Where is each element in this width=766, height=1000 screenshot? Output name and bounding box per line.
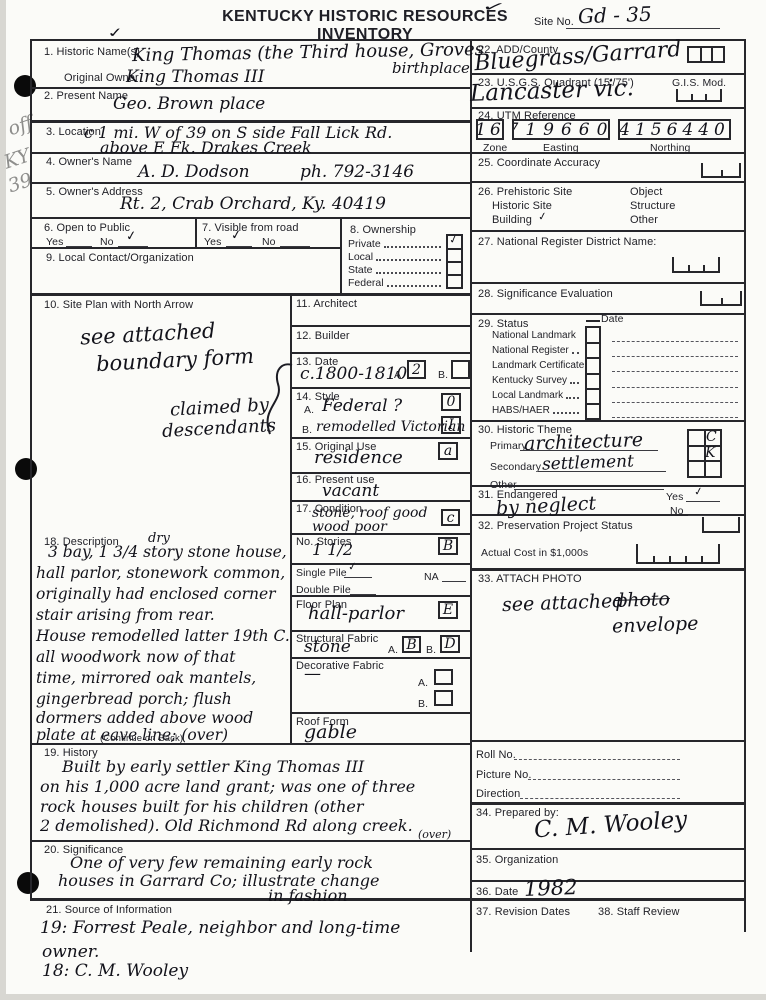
original-owner-value: King Thomas III <box>126 67 264 87</box>
box-tick <box>685 556 687 562</box>
form-line <box>290 325 470 327</box>
status-date-line <box>612 392 738 403</box>
answer-line <box>528 769 680 780</box>
site-no-line <box>566 12 720 29</box>
answer-line <box>688 505 720 516</box>
date-box-b <box>451 360 470 379</box>
dotted-leader <box>384 238 441 248</box>
description-line: originally had enclosed corner <box>36 585 276 603</box>
a-label: A. <box>388 644 398 656</box>
status-date-line <box>612 346 738 357</box>
status-item-label: Landmark Certificate <box>492 360 584 371</box>
form-line <box>290 352 470 354</box>
box-tick <box>669 556 671 562</box>
structural-fabric-box-b: D <box>440 635 460 653</box>
roof-form-value: gable <box>304 721 357 743</box>
history-line: on his 1,000 acre land grant; was one of… <box>40 777 415 796</box>
form-line <box>470 181 744 183</box>
no-label: No <box>100 236 114 248</box>
ownership-option: Private <box>348 238 444 250</box>
style-box-b: I <box>441 416 461 434</box>
answer-line <box>350 584 376 595</box>
decorative-fabric-box-a <box>434 669 453 685</box>
status-date-line <box>612 407 738 418</box>
ownership-option-label: Federal <box>348 277 384 289</box>
decorative-fabric-value: — <box>304 664 321 684</box>
owner-name-label: 4. Owner's Name <box>46 156 132 168</box>
actual-cost-label: Actual Cost in $1,000s <box>481 547 588 559</box>
owner-phone-value: ph. 792-3146 <box>300 162 414 182</box>
description-line: dormers added above wood <box>36 709 253 727</box>
status-item: Local Landmark <box>492 389 582 401</box>
present-use-value: vacant <box>322 481 379 501</box>
actual-cost-box <box>636 544 720 564</box>
form-line <box>470 39 472 952</box>
coordinate-accuracy-box <box>701 163 741 178</box>
form-line <box>30 217 470 219</box>
attach-photo-note: see attached <box>502 590 625 616</box>
answer-line <box>520 788 680 799</box>
over-note: (over) <box>418 828 451 841</box>
form-line <box>586 320 600 322</box>
scanned-form-page: off KY 39 KENTUCKY HISTORIC RESOURCES IN… <box>0 0 766 1000</box>
gis-mod-label: G.I.S. Mod. <box>672 77 726 89</box>
box-tick <box>705 94 707 100</box>
open-to-public-label: 6. Open to Public <box>44 222 130 234</box>
floor-plan-box: E <box>438 601 458 619</box>
no-label: No <box>670 505 684 517</box>
usgs-quadrant-value: Lancaster vic. <box>470 75 635 107</box>
other-label: Other <box>630 214 658 226</box>
form-line <box>290 712 470 714</box>
status-item-label: National Landmark <box>492 330 576 341</box>
form-line <box>711 48 713 61</box>
structure-label: Structure <box>630 200 676 212</box>
box-tick <box>691 94 693 100</box>
ownership-option-label: Local <box>348 251 373 263</box>
form-line <box>290 500 470 502</box>
source-line: 19: Forrest Peale, neighbor and long-tim… <box>40 918 400 938</box>
date-value: c.1800-1810 <box>300 364 407 384</box>
description-line: gingerbread porch; flush <box>36 690 232 708</box>
revision-dates-label: 37. Revision Dates <box>476 906 570 918</box>
ownership-option: Federal <box>348 277 444 289</box>
county-code-grid <box>687 46 725 63</box>
building-label: Building <box>492 214 532 226</box>
location-value2: above E Fk. Drakes Creek <box>100 138 312 157</box>
endangered-yes-checkmark: ✓ <box>693 484 704 498</box>
status-date-line <box>612 331 738 342</box>
form-line <box>30 247 340 249</box>
original-use-box: a <box>438 442 458 460</box>
owner-name-value: A. D. Dodson <box>138 162 250 182</box>
condition-value2: wood poor <box>312 519 387 535</box>
date-prepared-label: 36. Date <box>476 886 518 898</box>
continue-on-back-note: (Continue on Back) <box>100 733 183 744</box>
primary-theme-code: C <box>706 429 717 445</box>
attach-photo-struck-word: photo <box>615 588 671 612</box>
date-box-a: 2 <box>407 360 426 379</box>
annotation-arrow <box>258 350 296 438</box>
description-line: stair arising from rear. <box>36 606 215 624</box>
structural-fabric-value: stone <box>304 637 351 657</box>
hole-punch <box>17 872 39 894</box>
stray-checkmark: ✓ <box>479 0 507 16</box>
form-line <box>448 248 461 250</box>
answer-line <box>514 749 680 760</box>
site-plan-label: 10. Site Plan with North Arrow <box>44 299 193 311</box>
form-line <box>290 437 470 439</box>
no-checkmark: ✓ <box>125 228 138 244</box>
description-line: 3 bay, 1 3/4 story stone house, <box>48 543 287 561</box>
structural-fabric-box-a: B <box>402 636 421 653</box>
description-line: hall parlor, stonework common, <box>36 564 285 582</box>
builder-label: 12. Builder <box>296 330 350 342</box>
form-line <box>30 840 470 842</box>
ownership-option: Local <box>348 251 444 263</box>
form-line <box>30 898 744 901</box>
form-line <box>290 630 470 632</box>
dotted-leader <box>387 277 441 287</box>
style-a-value: Federal ? <box>322 396 402 416</box>
utm-northing-box: 4156440 <box>618 119 731 140</box>
dotted-leader <box>376 264 441 274</box>
nr-district-box <box>672 257 720 273</box>
description-line: time, mirrored oak mantels, <box>36 669 256 687</box>
ownership-option-label: State <box>348 264 373 276</box>
roll-no-label: Roll No. <box>476 749 516 761</box>
form-line <box>470 107 744 109</box>
yes-label: Yes <box>666 491 683 503</box>
na-label: NA <box>424 571 439 583</box>
yes-label: Yes <box>204 236 221 248</box>
form-line <box>587 388 599 390</box>
owner-address-value: Rt. 2, Crab Orchard, Ky. 40419 <box>120 194 386 214</box>
coordinate-accuracy-label: 25. Coordinate Accuracy <box>478 157 600 169</box>
attach-photo-note2: envelope <box>612 612 699 637</box>
a-label: A. <box>304 404 314 416</box>
local-contact-label: 9. Local Contact/Organization <box>46 252 194 264</box>
hole-punch <box>15 458 37 480</box>
gis-mod-box <box>676 89 722 102</box>
attach-photo-label: 33. ATTACH PHOTO <box>478 573 582 585</box>
double-pile-label: Double Pile <box>296 584 351 596</box>
form-line <box>290 657 470 659</box>
form-line <box>587 357 599 359</box>
zone-label: Zone <box>483 142 507 154</box>
box-tick <box>688 265 690 271</box>
status-item-label: HABS/HAER <box>492 405 550 416</box>
form-line <box>700 48 702 61</box>
form-line <box>448 261 461 263</box>
decorative-fabric-box-b <box>434 690 453 706</box>
form-line <box>30 293 470 296</box>
history-line: rock houses built for his children (othe… <box>40 797 364 816</box>
ownership-option: State <box>348 264 444 276</box>
historic-name-value2: birthplace <box>392 59 470 77</box>
scan-edge-left <box>0 0 6 1000</box>
form-line <box>470 740 744 742</box>
form-line <box>30 39 32 898</box>
visible-from-road-label: 7. Visible from road <box>202 222 299 234</box>
history-line: Built by early settler King Thomas III <box>62 757 364 776</box>
present-name-value: Geo. Brown place <box>113 94 265 114</box>
status-item-label: Local Landmark <box>492 390 563 401</box>
form-line <box>470 802 744 805</box>
direction-label: Direction <box>476 788 520 800</box>
architect-label: 11. Architect <box>296 298 357 310</box>
answer-line <box>520 440 658 451</box>
status-item-label: National Register <box>492 345 569 356</box>
nr-district-label: 27. National Register District Name: <box>478 236 656 248</box>
history-line: 2 demolished). Old Richmond Rd along cre… <box>40 816 413 835</box>
yes-checkmark: ✓ <box>230 227 243 243</box>
status-date-line <box>612 377 738 388</box>
yes-label: Yes <box>46 236 63 248</box>
b-label: B. <box>426 644 436 656</box>
utm-zone-box: 16 <box>476 119 504 140</box>
a-label: A. <box>394 369 404 381</box>
source-label: 21. Source of Information <box>46 904 172 916</box>
floor-plan-value: hall-parlor <box>308 603 404 624</box>
status-item: Kentucky Survey <box>492 374 582 386</box>
form-line <box>587 342 599 344</box>
form-line <box>470 568 744 571</box>
staff-review-label: 38. Staff Review <box>598 906 680 918</box>
condition-box: c <box>441 509 460 526</box>
status-date-label: Date <box>601 313 624 325</box>
box-tick <box>721 298 723 304</box>
status-checkbox-column <box>585 326 601 420</box>
dotted-leader <box>376 251 441 261</box>
answer-line <box>280 236 310 247</box>
preservation-status-box <box>702 517 740 533</box>
historic-name-label: 1. Historic Name(s) <box>44 46 140 58</box>
form-line <box>448 274 461 276</box>
b-label: B. <box>438 369 448 381</box>
stories-box: B <box>438 537 458 555</box>
box-tick <box>701 556 703 562</box>
single-pile-checkmark: ✓ <box>347 559 358 573</box>
form-line <box>30 87 470 89</box>
utm-easting-box: 719660 <box>512 119 610 140</box>
description-line: House remodelled latter 19th C. <box>36 627 290 645</box>
status-item: National Landmark <box>492 329 582 341</box>
hole-punch <box>14 75 36 97</box>
description-line: all woodwork now of that <box>36 648 235 666</box>
box-tick <box>703 265 705 271</box>
form-line <box>470 420 744 422</box>
form-line <box>340 217 342 293</box>
source-line: 18: C. M. Wooley <box>42 961 188 981</box>
form-line <box>470 880 744 882</box>
ownership-label: 8. Ownership <box>350 224 416 236</box>
form-line <box>470 230 744 232</box>
form-line <box>290 563 470 565</box>
scan-edge-bottom <box>0 994 766 1000</box>
form-line <box>587 373 599 375</box>
significance-evaluation-label: 28. Significance Evaluation <box>478 288 613 300</box>
northing-label: Northing <box>650 142 691 154</box>
status-item: HABS/HAER <box>492 404 582 416</box>
easting-label: Easting <box>543 142 579 154</box>
form-line <box>290 387 470 389</box>
site-plan-note2: boundary form <box>95 344 254 376</box>
date-prepared-value: 1982 <box>524 875 578 901</box>
object-label: Object <box>630 186 662 198</box>
source-line: owner. <box>42 942 99 962</box>
original-use-value: residence <box>314 447 403 468</box>
b-label: B. <box>302 424 312 436</box>
stories-value: 1 1/2 <box>312 540 353 559</box>
dotted-leader <box>570 374 579 384</box>
preservation-status-label: 32. Preservation Project Status <box>478 520 633 532</box>
dotted-leader <box>572 344 579 354</box>
status-item: National Register <box>492 344 582 356</box>
significance-line: in fashion <box>268 886 348 905</box>
secondary-label: Secondary <box>490 461 541 473</box>
form-line <box>470 282 744 284</box>
answer-line <box>442 571 466 582</box>
prehistoric-site-label: 26. Prehistoric Site <box>478 186 572 198</box>
answer-line <box>66 236 92 247</box>
dotted-leader <box>566 389 579 399</box>
status-item-label: Kentucky Survey <box>492 375 567 386</box>
status-item: Landmark Certificate <box>492 359 582 371</box>
building-checkmark: ✓ <box>537 209 548 223</box>
significance-evaluation-box <box>700 291 742 306</box>
organization-label: 35. Organization <box>476 854 558 866</box>
a-label: A. <box>418 677 428 689</box>
significance-line: One of very few remaining early rock <box>70 853 373 872</box>
site-plan-note1: see attached <box>79 318 215 349</box>
form-line <box>587 403 599 405</box>
box-tick <box>653 556 655 562</box>
form-line <box>744 39 746 932</box>
single-pile-label: Single Pile <box>296 567 347 579</box>
dotted-leader <box>553 404 579 414</box>
form-line <box>30 182 470 184</box>
answer-line <box>538 461 666 472</box>
secondary-theme-code: K <box>705 445 715 461</box>
picture-no-label: Picture No. <box>476 769 532 781</box>
ownership-option-label: Private <box>348 238 381 250</box>
form-line <box>470 152 744 154</box>
b-label: B. <box>418 698 428 710</box>
no-label: No <box>262 236 276 248</box>
box-tick <box>721 170 723 176</box>
form-line <box>470 848 744 850</box>
style-box-a: 0 <box>441 393 461 411</box>
form-line <box>195 217 197 247</box>
status-date-line <box>612 361 738 372</box>
